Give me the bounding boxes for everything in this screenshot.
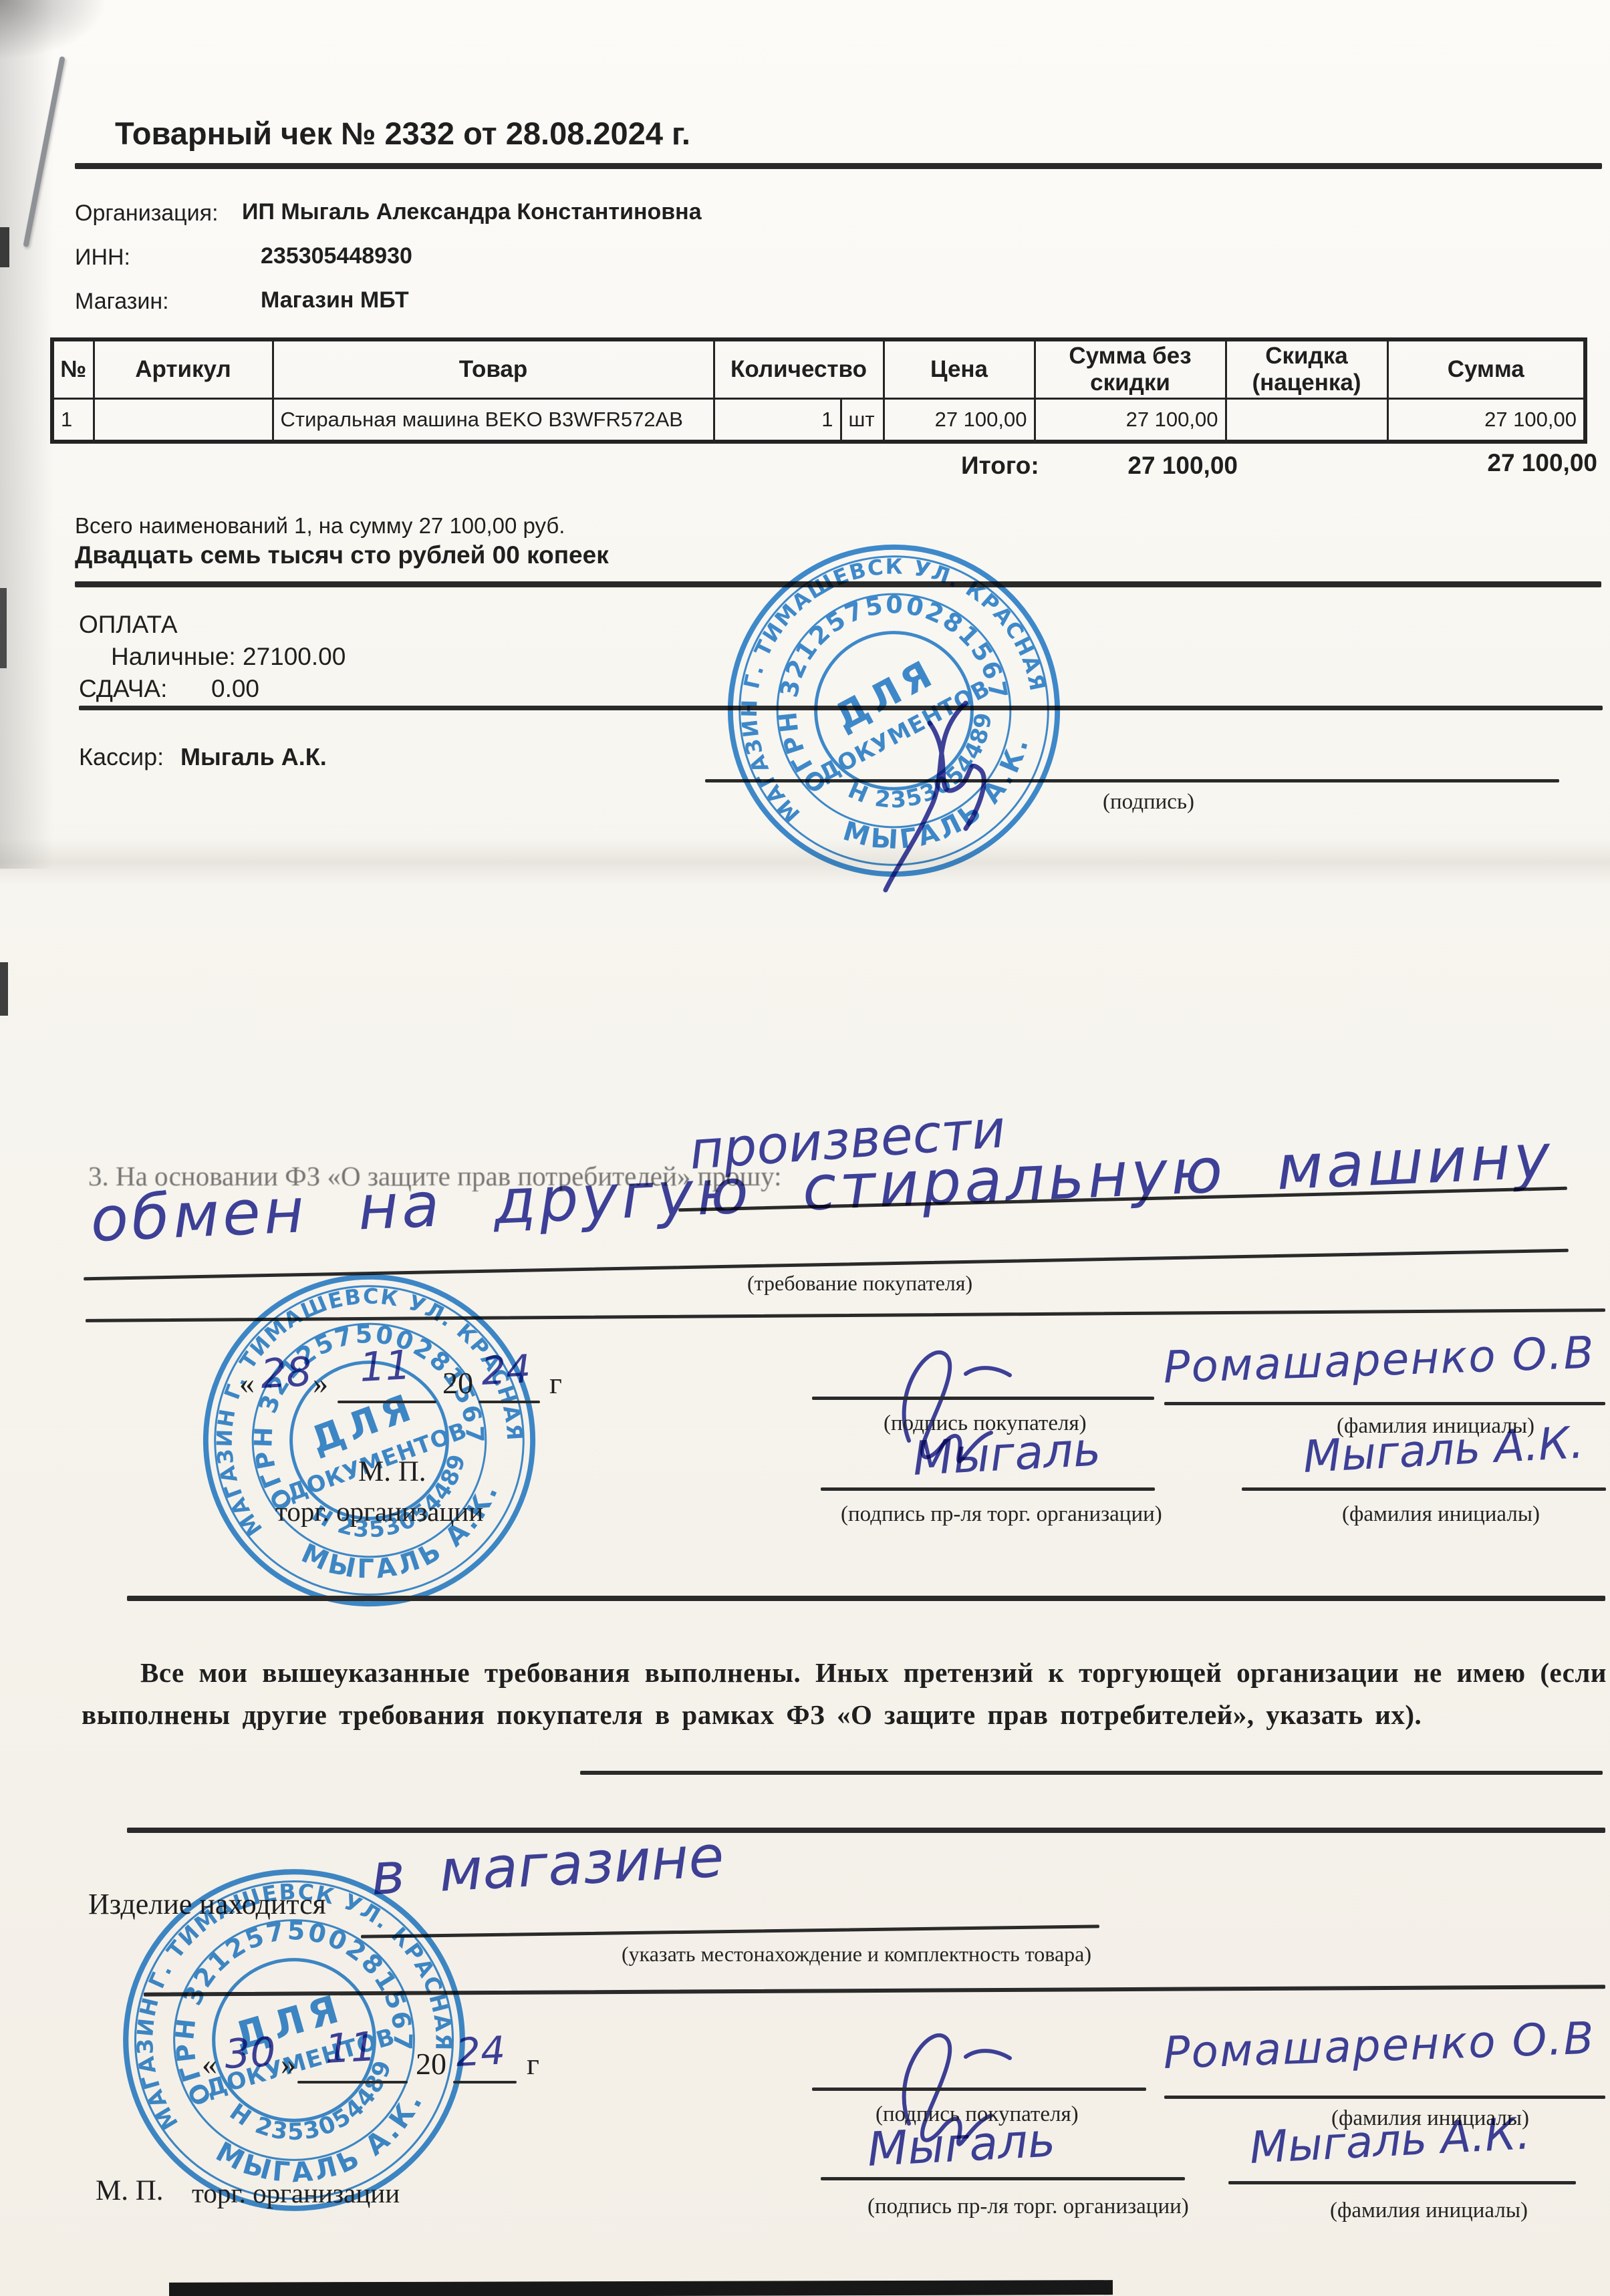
date1-day: 28 [259, 1348, 313, 1398]
inn-value: 235305448930 [261, 243, 412, 269]
col-price: Цена [884, 339, 1035, 399]
date1-month: 11 [358, 1342, 412, 1391]
divider-rule-2 [127, 1828, 1605, 1833]
cell-num: 1 [52, 399, 94, 442]
scan-edge-chip-2 [0, 588, 7, 668]
location-caption: (указать местонахождение и комплектность… [622, 1942, 1091, 1967]
table-header-row: № Артикул Товар Количество Цена Сумма бе… [52, 339, 1585, 399]
seller-sig-line-2 [821, 2177, 1185, 2180]
date1-year-prefix: 20 [442, 1365, 473, 1401]
buyer-family-handwriting-1: Ромашаренко О.В [1162, 1326, 1596, 1393]
buyer-sig-line-2 [812, 2088, 1146, 2091]
payment-title: ОПЛАТА [79, 611, 178, 639]
request-caption: (требование покупателя) [747, 1271, 972, 1296]
mp-label-1: М. П. [358, 1455, 426, 1488]
date1-quote-close: » [313, 1365, 328, 1401]
cell-qty: 1 [714, 399, 841, 442]
date2-quote-close: » [281, 2046, 296, 2082]
page-title: Товарный чек № 2332 от 28.08.2024 г. [115, 115, 690, 152]
payment-cash-line: Наличные: 27100.00 [111, 643, 346, 671]
seller-sig-caption-2: (подпись пр-ля торг. организации) [867, 2194, 1189, 2219]
date2-month-line [297, 2081, 408, 2084]
seller-sig-line-1 [821, 1487, 1155, 1491]
items-table: № Артикул Товар Количество Цена Сумма бе… [50, 337, 1587, 444]
change-label: СДАЧА: [79, 675, 167, 703]
scan-edge-chip-1 [0, 227, 9, 267]
col-discount: Скидка (наценка) [1226, 339, 1387, 399]
buyer-family-line-2 [1164, 2096, 1605, 2099]
round-stamp-2: МАГАЗИН Г. ТИМАШЕВСК УЛ. КРАСНАЯ Д. 182 … [148, 1219, 589, 1661]
title-rule [75, 163, 1602, 169]
total-value-right: 27 100,00 [1398, 449, 1597, 477]
total-value: 27 100,00 [1043, 452, 1238, 480]
seller-sig-handwriting-2: Мыгаль [866, 2112, 1057, 2177]
date2-year-prefix: 20 [416, 2046, 446, 2082]
seller-family-line-1 [1242, 1487, 1606, 1491]
fulfilled-paragraph: Все мои вышеуказанные требования выполне… [82, 1652, 1607, 1736]
family-caption-2b: (фамилия инициалы) [1330, 2198, 1528, 2223]
date1-quote-open: « [239, 1365, 255, 1401]
scanned-receipt-page: Товарный чек № 2332 от 28.08.2024 г. Орг… [0, 0, 1610, 2296]
cell-discount [1226, 399, 1387, 442]
org-value: ИП Мыгаль Александра Константиновна [242, 199, 702, 225]
change-value: 0.00 [211, 675, 259, 703]
scan-bottom-strip [169, 2280, 1113, 2296]
mp-label-2: М. П. [96, 2174, 164, 2207]
col-sku: Артикул [94, 339, 273, 399]
date2-day: 30 [223, 2029, 277, 2078]
scan-edge-chip-3 [0, 962, 8, 1016]
col-sum-nodisc: Сумма без скидки [1035, 339, 1226, 399]
divider-rule-1 [127, 1596, 1605, 1601]
cashier-name: Мыгаль А.К. [180, 743, 327, 771]
signature-caption: (подпись) [1103, 790, 1194, 815]
location-line [361, 1924, 1099, 1938]
buyer-sig-line-1 [812, 1397, 1154, 1400]
scan-corner-smudge [0, 0, 107, 60]
date2-month: 11 [323, 2023, 377, 2073]
table-row: 1 Стиральная машина BEKO B3WFR572AB 1 шт… [52, 399, 1585, 442]
cell-unit: шт [841, 399, 884, 442]
date1-year-suffix: г [549, 1365, 562, 1401]
mp-org-label-2: торг. организации [192, 2177, 400, 2209]
buyer-family-line-1 [1164, 1402, 1605, 1405]
date2-year-line [453, 2081, 517, 2084]
date1-year: 24 [480, 1346, 531, 1394]
col-product: Товар [273, 339, 714, 399]
date1-month-line [338, 1401, 436, 1403]
seller-family-handwriting-2: Мыгаль А.К. [1248, 2108, 1532, 2174]
cashier-signature-scribble [865, 695, 1013, 895]
paragraph-fill-line [580, 1771, 1603, 1775]
date1-year-line [479, 1401, 540, 1403]
shop-label: Магазин: [75, 289, 169, 315]
cashier-label: Кассир: [79, 743, 164, 771]
col-sum: Сумма [1387, 339, 1585, 399]
seller-family-line-2 [1228, 2181, 1576, 2184]
org-label: Организация: [75, 200, 219, 227]
seller-sig-handwriting-1: Мыгаль [912, 1421, 1102, 1486]
total-label: Итого: [961, 452, 1039, 480]
cell-sku [94, 399, 273, 442]
cell-sum-nodisc: 27 100,00 [1035, 399, 1226, 442]
family-caption-1b: (фамилия инициалы) [1342, 1502, 1540, 1527]
shop-value: Магазин МБТ [261, 287, 409, 313]
date2-year-suffix: г [527, 2046, 539, 2082]
buyer-family-handwriting-2: Ромашаренко О.В [1162, 2012, 1596, 2079]
amount-in-words: Двадцать семь тысяч сто рублей 00 копеек [75, 541, 609, 569]
date2-year: 24 [454, 2027, 506, 2075]
cell-price: 27 100,00 [884, 399, 1035, 442]
mp-org-label-1: торг. организации [275, 1495, 483, 1528]
col-qty: Количество [714, 339, 884, 399]
col-num: № [52, 339, 94, 399]
inn-label: ИНН: [75, 245, 130, 271]
cell-sum: 27 100,00 [1387, 399, 1585, 442]
cell-product: Стиральная машина BEKO B3WFR572AB [273, 399, 714, 442]
items-summary: Всего наименований 1, на сумму 27 100,00… [75, 513, 565, 539]
date2-quote-open: « [202, 2046, 217, 2082]
seller-sig-caption-1: (подпись пр-ля торг. организации) [841, 1502, 1162, 1527]
